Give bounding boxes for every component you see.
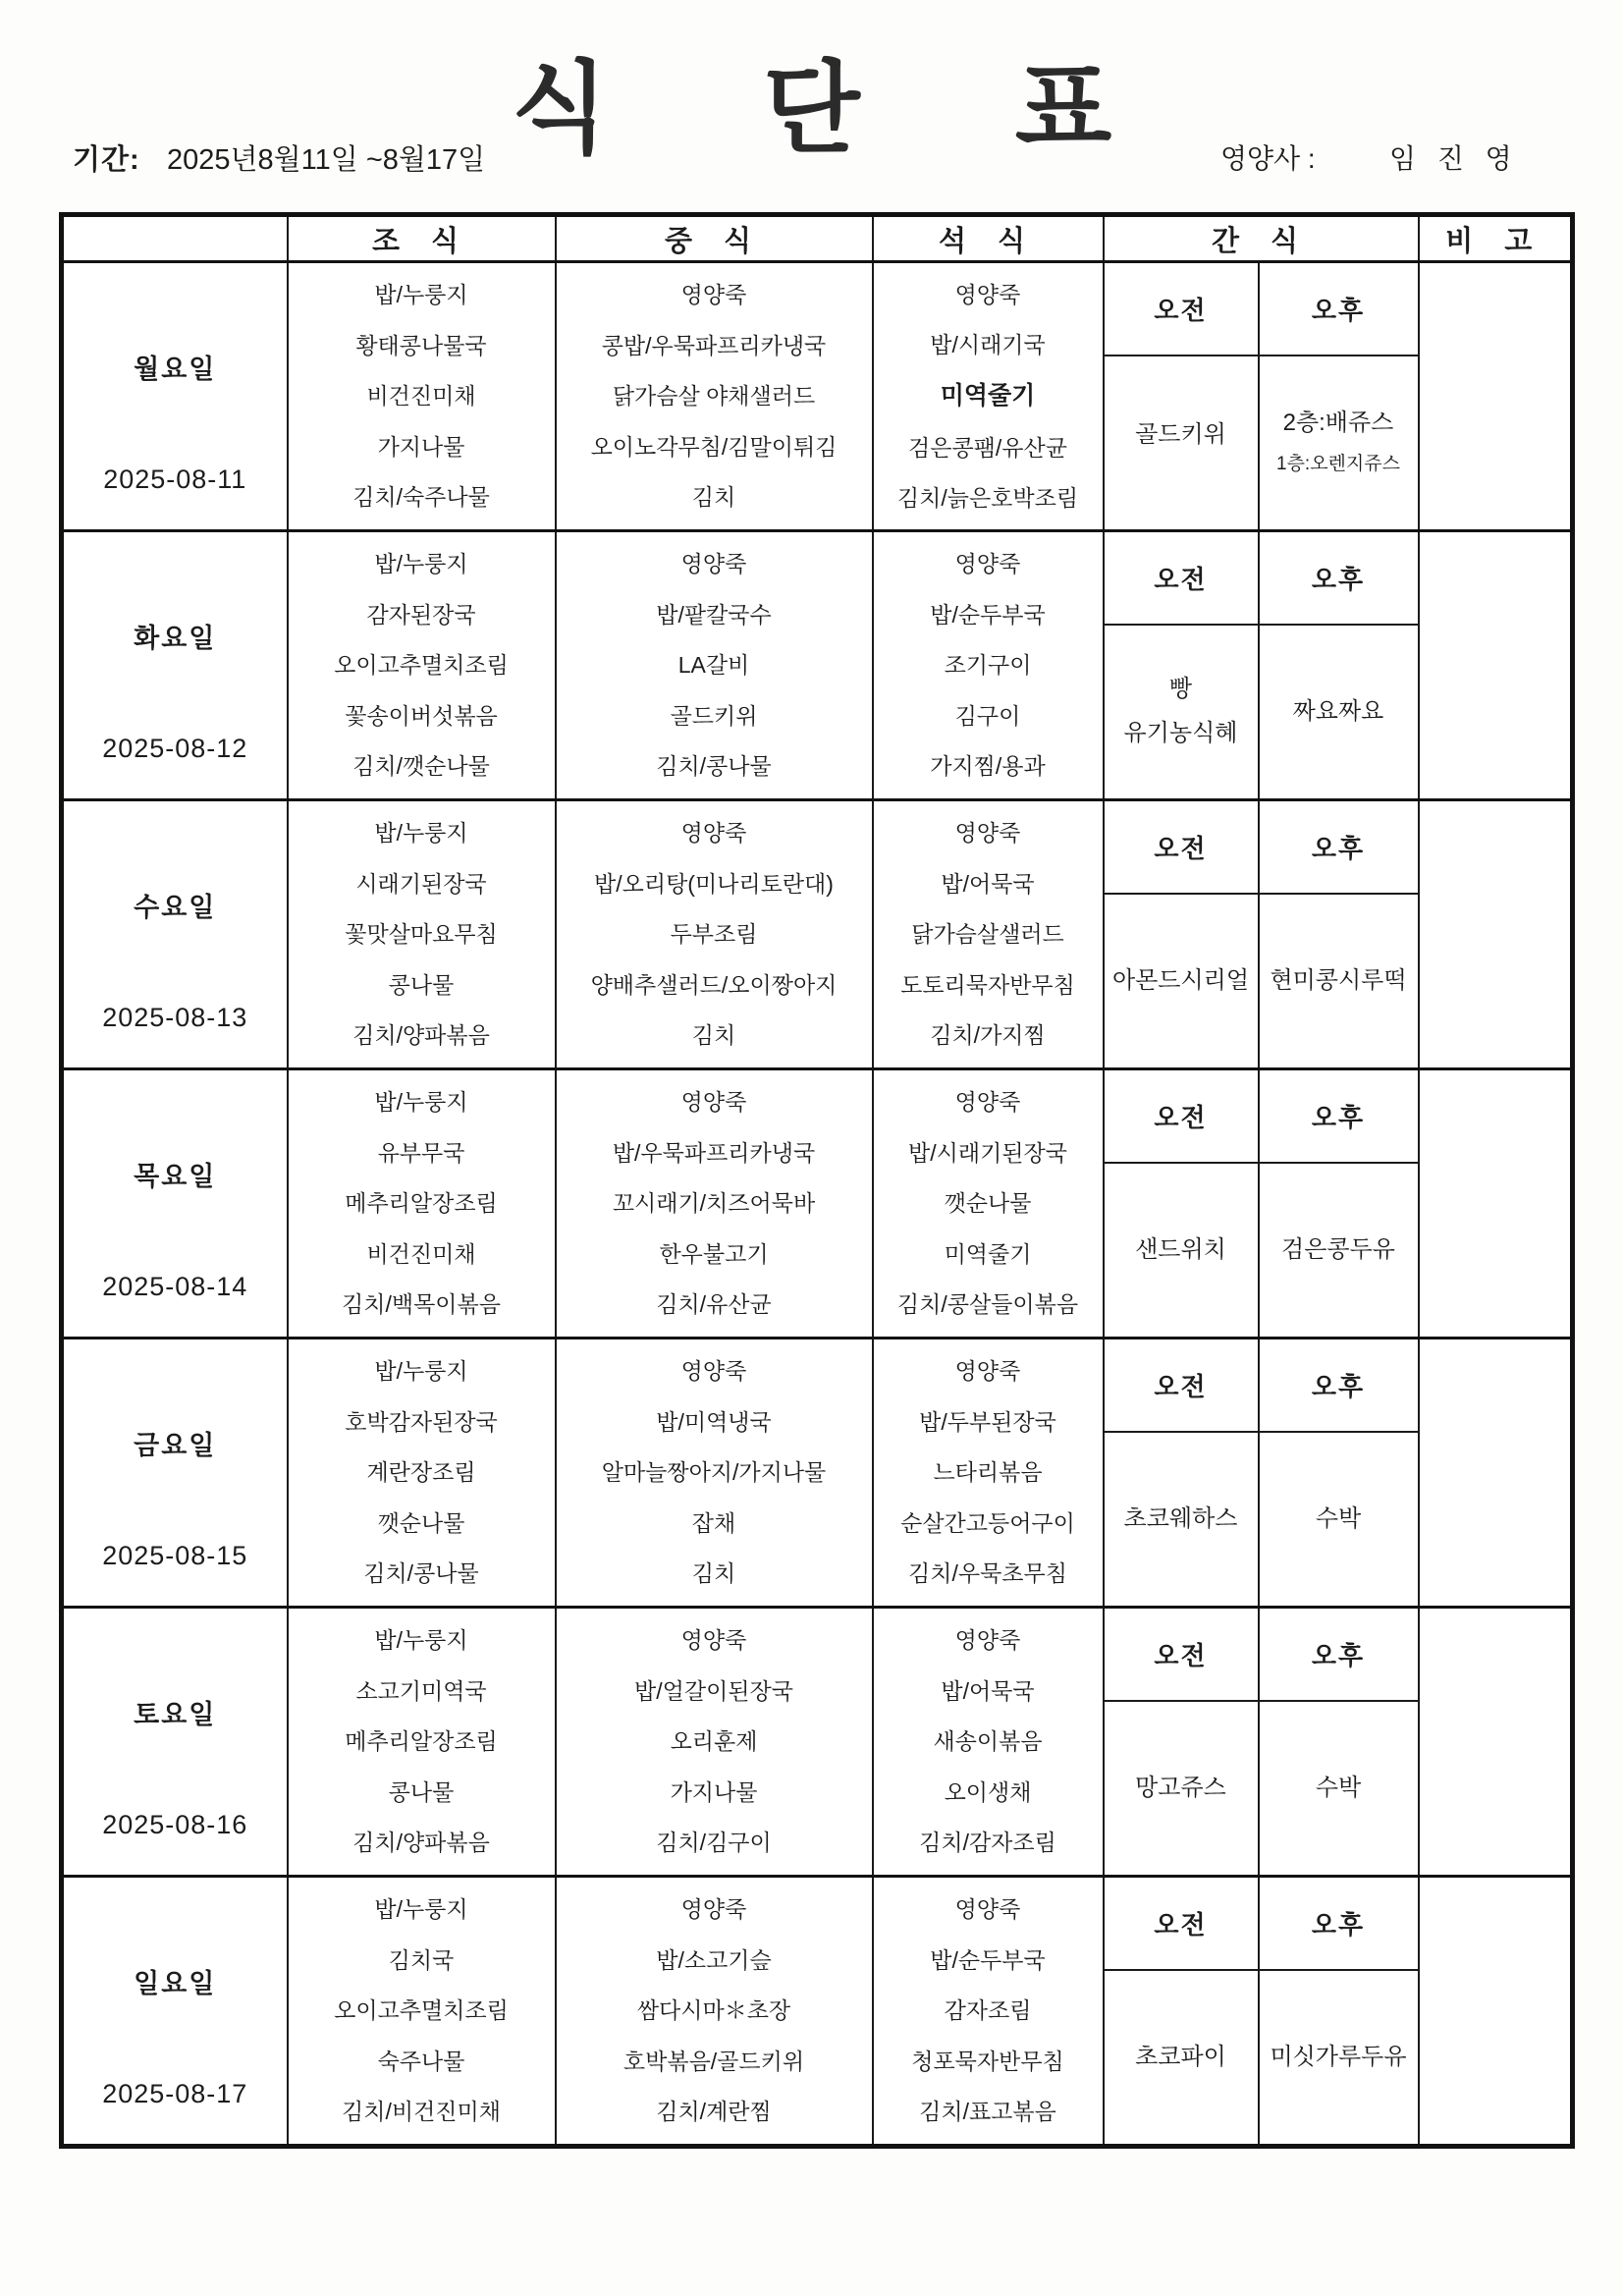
- menu-line: 유부무국: [289, 1140, 555, 1166]
- menu-line: 오이노각무침/김말이튀김: [557, 434, 872, 460]
- menu-line: 영양죽: [874, 1089, 1103, 1115]
- menu-line: 밥/오리탕(미나리토란대): [557, 871, 872, 897]
- menu-line: 오이생채: [874, 1779, 1103, 1805]
- note-cell: [1419, 800, 1573, 1069]
- dinner-cell: 영양죽 밥/어묵국 새송이볶음 오이생채 김치/감자조림: [873, 1608, 1104, 1877]
- dinner-cell: 영양죽 밥/순두부국 감자조림 청포묵자반무침 김치/표고볶음: [873, 1877, 1104, 2147]
- menu-line: 메추리알장조림: [289, 1190, 555, 1216]
- snack-item: 검은콩두유: [1281, 1236, 1395, 1265]
- menu-line: 김치국: [289, 1947, 555, 1973]
- snack-am-cell: 초코파이: [1104, 1970, 1259, 2147]
- snack-item: 짜요짜요: [1293, 698, 1384, 727]
- col-header-snack: 간 식: [1104, 215, 1419, 262]
- menu-line: 콩나물: [289, 972, 555, 998]
- snack-pm-header: 오후: [1259, 800, 1419, 895]
- snack-pm-cell: 현미콩시루떡: [1259, 894, 1419, 1069]
- snack-item: 2층:배쥬스: [1283, 410, 1394, 438]
- menu-line: 조기구이: [874, 652, 1103, 678]
- breakfast-cell: 밥/누룽지 김치국 오이고추멸치조림 숙주나물 김치/비건진미채: [288, 1877, 556, 2147]
- day-date: 2025-08-12: [64, 734, 287, 764]
- table-row-wednesday: 수요일 2025-08-13 밥/누룽지 시래기된장국 꽃맛살마요무침 콩나물 …: [62, 800, 1573, 895]
- menu-line: 김치/콩나물: [557, 753, 872, 779]
- menu-line: 영양죽: [557, 820, 872, 846]
- menu-line: 꽃송이버섯볶음: [289, 703, 555, 729]
- menu-line: 김치: [557, 1022, 872, 1048]
- menu-line: 가지나물: [289, 434, 555, 460]
- col-header-breakfast: 조 식: [288, 215, 556, 262]
- menu-line: 미역줄기: [874, 1241, 1103, 1267]
- menu-line: 김치/숙주나물: [289, 484, 555, 510]
- menu-line: 영양죽: [874, 820, 1103, 846]
- menu-line: 김치/백목이볶음: [289, 1291, 555, 1317]
- menu-line: 검은콩팸/유산균: [874, 435, 1103, 461]
- snack-am-header: 오전: [1104, 1608, 1259, 1702]
- menu-line: 밥/누룽지: [289, 1358, 555, 1384]
- snack-pm-cell: 미싯가루두유: [1259, 1970, 1419, 2147]
- menu-line: 깻순나물: [289, 1510, 555, 1536]
- snack-am-header: 오전: [1104, 1339, 1259, 1433]
- lunch-cell: 영양죽 밥/팥칼국수 LA갈비 골드키위 김치/콩나물: [556, 531, 873, 800]
- menu-line: 잡채: [557, 1510, 872, 1536]
- day-name: 수요일: [64, 886, 287, 924]
- menu-line: 감자된장국: [289, 602, 555, 628]
- snack-item: 초코웨하스: [1124, 1505, 1238, 1534]
- day-name: 일요일: [64, 1962, 287, 2000]
- snack-am-cell: 골드키위: [1104, 355, 1259, 531]
- snack-item: 현미콩시루떡: [1270, 967, 1406, 996]
- note-cell: [1419, 1877, 1573, 2147]
- menu-line: 두부조림: [557, 921, 872, 947]
- dinner-cell: 영양죽 밥/시래기국 미역줄기 검은콩팸/유산균 김치/늙은호박조림: [873, 262, 1104, 531]
- menu-line: 영양죽: [557, 1627, 872, 1653]
- lunch-cell: 영양죽 밥/미역냉국 알마늘짱아지/가지나물 잡채 김치: [556, 1339, 873, 1608]
- col-header-note: 비 고: [1419, 215, 1573, 262]
- snack-item: 망고쥬스: [1135, 1775, 1226, 1803]
- menu-line: 영양죽: [557, 282, 872, 307]
- dinner-cell: 영양죽 밥/두부된장국 느타리볶음 순살간고등어구이 김치/우묵초무침: [873, 1339, 1104, 1608]
- menu-line: 양배추샐러드/오이짱아지: [557, 972, 872, 998]
- menu-line: 메추리알장조림: [289, 1728, 555, 1754]
- menu-line: 영양죽: [874, 282, 1103, 307]
- snack-pm-header: 오후: [1259, 1608, 1419, 1702]
- menu-line: 느타리볶음: [874, 1459, 1103, 1485]
- day-name: 금요일: [64, 1424, 287, 1462]
- snack-am-cell: 아몬드시리얼: [1104, 894, 1259, 1069]
- day-cell: 수요일 2025-08-13: [62, 800, 288, 1069]
- lunch-cell: 영양죽 밥/얼갈이된장국 오리훈제 가지나물 김치/김구이: [556, 1608, 873, 1877]
- table-row-sunday: 일요일 2025-08-17 밥/누룽지 김치국 오이고추멸치조림 숙주나물 김…: [62, 1877, 1573, 1971]
- menu-line: 김치/김구이: [557, 1830, 872, 1855]
- dietitian-name: 임 진 영: [1389, 137, 1519, 177]
- menu-line: 청포묵자반무침: [874, 2049, 1103, 2074]
- snack-item: 초코파이: [1135, 2044, 1226, 2072]
- menu-line: 밥/얼갈이된장국: [557, 1678, 872, 1704]
- menu-line: 김치/감자조림: [874, 1830, 1103, 1855]
- day-cell: 금요일 2025-08-15: [62, 1339, 288, 1608]
- snack-am-cell: 초코웨하스: [1104, 1432, 1259, 1608]
- lunch-cell: 영양죽 콩밥/우묵파프리카냉국 닭가슴살 야채샐러드 오이노각무침/김말이튀김 …: [556, 262, 873, 531]
- menu-line: 김치/비건진미채: [289, 2099, 555, 2124]
- menu-line: 밥/팥칼국수: [557, 602, 872, 628]
- menu-line: 밥/소고기슾: [557, 1947, 872, 1973]
- menu-line: 영양죽: [557, 1358, 872, 1384]
- menu-line: 밥/누룽지: [289, 551, 555, 576]
- snack-am-cell: 빵 유기농식혜: [1104, 625, 1259, 800]
- menu-line: 영양죽: [557, 551, 872, 576]
- period-value: 2025년8월11일 ~8월17일: [167, 137, 485, 178]
- menu-line: 영양죽: [557, 1896, 872, 1922]
- snack-item: 아몬드시리얼: [1112, 967, 1249, 996]
- menu-line: 밥/누룽지: [289, 1627, 555, 1653]
- snack-item: 골드키위: [1135, 421, 1226, 450]
- day-cell: 목요일 2025-08-14: [62, 1069, 288, 1339]
- menu-line: 밥/어묵국: [874, 1678, 1103, 1704]
- menu-line: 밥/순두부국: [874, 602, 1103, 628]
- menu-line: 순살간고등어구이: [874, 1510, 1103, 1536]
- day-cell: 토요일 2025-08-16: [62, 1608, 288, 1877]
- menu-line: 밥/누룽지: [289, 1896, 555, 1922]
- col-header-lunch: 중 식: [556, 215, 873, 262]
- snack-pm-cell: 2층:배쥬스 1층:오렌지쥬스: [1259, 355, 1419, 531]
- menu-line: 영양죽: [874, 1896, 1103, 1922]
- menu-line: 깻순나물: [874, 1190, 1103, 1216]
- menu-line: 황태콩나물국: [289, 333, 555, 358]
- menu-line: 밥/누룽지: [289, 1089, 555, 1115]
- snack-am-cell: 샌드위치: [1104, 1163, 1259, 1339]
- header-row: 조 식 중 식 석 식 간 식 비 고: [62, 215, 1573, 262]
- snack-pm-header: 오후: [1259, 1069, 1419, 1164]
- lunch-cell: 영양죽 밥/소고기슾 쌈다시마＊초장 호박볶음/골드키위 김치/계란찜: [556, 1877, 873, 2147]
- breakfast-cell: 밥/누룽지 유부무국 메추리알장조림 비건진미채 김치/백목이볶음: [288, 1069, 556, 1339]
- menu-line: 골드키위: [557, 703, 872, 729]
- menu-line: 김치/양파볶음: [289, 1022, 555, 1048]
- snack-am-header: 오전: [1104, 1877, 1259, 1971]
- day-date: 2025-08-15: [64, 1541, 287, 1571]
- dinner-cell: 영양죽 밥/어묵국 닭가슴살샐러드 도토리묵자반무침 김치/가지찜: [873, 800, 1104, 1069]
- note-cell: [1419, 531, 1573, 800]
- day-name: 목요일: [64, 1155, 287, 1193]
- table-row-monday: 월요일 2025-08-11 밥/누룽지 황태콩나물국 비건진미채 가지나물 김…: [62, 262, 1573, 356]
- menu-line: 김치/가지찜: [874, 1022, 1103, 1048]
- menu-line: 김치/깻순나물: [289, 753, 555, 779]
- breakfast-cell: 밥/누룽지 호박감자된장국 계란장조림 깻순나물 김치/콩나물: [288, 1339, 556, 1608]
- table-row-friday: 금요일 2025-08-15 밥/누룽지 호박감자된장국 계란장조림 깻순나물 …: [62, 1339, 1573, 1433]
- menu-line: 영양죽: [874, 1358, 1103, 1384]
- menu-line: 감자조림: [874, 1997, 1103, 2023]
- menu-line: 쌈다시마＊초장: [557, 1997, 872, 2023]
- table-row-tuesday: 화요일 2025-08-12 밥/누룽지 감자된장국 오이고추멸치조림 꽃송이버…: [62, 531, 1573, 626]
- snack-item: 샌드위치: [1135, 1236, 1226, 1265]
- dinner-cell: 영양죽 밥/시래기된장국 깻순나물 미역줄기 김치/콩살들이볶음: [873, 1069, 1104, 1339]
- dietitian-label: 영양사 :: [1220, 137, 1316, 177]
- snack-item: 1층:오렌지쥬스: [1276, 454, 1400, 476]
- menu-line: 오이고추멸치조림: [289, 652, 555, 678]
- menu-line: 영양죽: [874, 1627, 1103, 1653]
- note-cell: [1419, 1608, 1573, 1877]
- menu-line: 김구이: [874, 703, 1103, 729]
- snack-item: 수박: [1316, 1775, 1361, 1803]
- day-date: 2025-08-17: [64, 2079, 287, 2109]
- menu-line: 영양죽: [874, 551, 1103, 576]
- lunch-cell: 영양죽 밥/우묵파프리카냉국 꼬시래기/치즈어묵바 한우불고기 김치/유산균: [556, 1069, 873, 1339]
- menu-line: 도토리묵자반무침: [874, 972, 1103, 998]
- col-header-dinner: 석 식: [873, 215, 1104, 262]
- menu-line: 꼬시래기/치즈어묵바: [557, 1190, 872, 1216]
- menu-line: 새송이볶음: [874, 1728, 1103, 1754]
- menu-line: 밥/우묵파프리카냉국: [557, 1140, 872, 1166]
- snack-item: 미싯가루두유: [1270, 2044, 1406, 2072]
- menu-line: 호박감자된장국: [289, 1409, 555, 1435]
- meal-plan-table: 조 식 중 식 석 식 간 식 비 고 월요일 2025-08-11 밥/누룽지…: [59, 212, 1575, 2149]
- day-cell: 화요일 2025-08-12: [62, 531, 288, 800]
- menu-line: 오이고추멸치조림: [289, 1997, 555, 2023]
- snack-am-cell: 망고쥬스: [1104, 1701, 1259, 1877]
- day-name: 월요일: [64, 348, 287, 386]
- menu-line: 가지나물: [557, 1779, 872, 1805]
- menu-line: 김치: [557, 1560, 872, 1586]
- day-date: 2025-08-16: [64, 1810, 287, 1840]
- menu-line-emphasized: 미역줄기: [874, 382, 1103, 410]
- menu-line: 김치/콩나물: [289, 1560, 555, 1586]
- menu-line: 꽃맛살마요무침: [289, 921, 555, 947]
- table-row-saturday: 토요일 2025-08-16 밥/누룽지 소고기미역국 메추리알장조림 콩나물 …: [62, 1608, 1573, 1702]
- menu-line: 닭가슴살 야채샐러드: [557, 383, 872, 409]
- menu-line: 비건진미채: [289, 383, 555, 409]
- menu-line: 비건진미채: [289, 1241, 555, 1267]
- menu-line: 알마늘짱아지/가지나물: [557, 1459, 872, 1485]
- menu-line: 밥/두부된장국: [874, 1409, 1103, 1435]
- day-date: 2025-08-14: [64, 1272, 287, 1302]
- snack-pm-cell: 수박: [1259, 1701, 1419, 1877]
- breakfast-cell: 밥/누룽지 시래기된장국 꽃맛살마요무침 콩나물 김치/양파볶음: [288, 800, 556, 1069]
- menu-line: 밥/시래기된장국: [874, 1140, 1103, 1166]
- snack-am-header: 오전: [1104, 1069, 1259, 1164]
- menu-line: 한우불고기: [557, 1241, 872, 1267]
- menu-line: 밥/어묵국: [874, 871, 1103, 897]
- menu-line: 오리훈제: [557, 1728, 872, 1754]
- menu-line: 밥/누룽지: [289, 820, 555, 846]
- note-cell: [1419, 262, 1573, 531]
- menu-line: 숙주나물: [289, 2049, 555, 2074]
- menu-line: 김치/콩살들이볶음: [874, 1291, 1103, 1317]
- corner-cell: [62, 215, 288, 262]
- menu-line: 밥/미역냉국: [557, 1409, 872, 1435]
- breakfast-cell: 밥/누룽지 감자된장국 오이고추멸치조림 꽃송이버섯볶음 김치/깻순나물: [288, 531, 556, 800]
- menu-line: 밥/누룽지: [289, 282, 555, 307]
- meal-plan-document: 식단표 기간: 2025년8월11일 ~8월17일 영양사 : 임 진 영 조 …: [0, 0, 1623, 2296]
- snack-pm-cell: 수박: [1259, 1432, 1419, 1608]
- menu-line: 호박볶음/골드키위: [557, 2049, 872, 2074]
- snack-pm-cell: 짜요짜요: [1259, 625, 1419, 800]
- snack-pm-cell: 검은콩두유: [1259, 1163, 1419, 1339]
- menu-line: 김치/표고볶음: [874, 2099, 1103, 2124]
- lunch-cell: 영양죽 밥/오리탕(미나리토란대) 두부조림 양배추샐러드/오이짱아지 김치: [556, 800, 873, 1069]
- menu-line: 닭가슴살샐러드: [874, 921, 1103, 947]
- snack-am-header: 오전: [1104, 262, 1259, 356]
- snack-item: 유기농식혜: [1124, 720, 1238, 748]
- snack-am-header: 오전: [1104, 531, 1259, 626]
- menu-line: 밥/시래기국: [874, 332, 1103, 357]
- day-cell: 월요일 2025-08-11: [62, 262, 288, 531]
- menu-line: 김치/늙은호박조림: [874, 485, 1103, 511]
- menu-line: 콩나물: [289, 1779, 555, 1805]
- table-row-thursday: 목요일 2025-08-14 밥/누룽지 유부무국 메추리알장조림 비건진미채 …: [62, 1069, 1573, 1164]
- menu-line: 시래기된장국: [289, 871, 555, 897]
- breakfast-cell: 밥/누룽지 황태콩나물국 비건진미채 가지나물 김치/숙주나물: [288, 262, 556, 531]
- menu-line: 김치/우묵초무침: [874, 1560, 1103, 1586]
- day-date: 2025-08-13: [64, 1003, 287, 1033]
- menu-line: 영양죽: [557, 1089, 872, 1115]
- menu-line: 계란장조림: [289, 1459, 555, 1485]
- snack-pm-header: 오후: [1259, 531, 1419, 626]
- menu-line: 밥/순두부국: [874, 1947, 1103, 1973]
- meta-line: 기간: 2025년8월11일 ~8월17일 영양사 : 임 진 영: [0, 137, 1623, 177]
- day-date: 2025-08-11: [64, 465, 287, 495]
- menu-line: 콩밥/우묵파프리카냉국: [557, 333, 872, 358]
- snack-pm-header: 오후: [1259, 262, 1419, 356]
- snack-pm-header: 오후: [1259, 1877, 1419, 1971]
- snack-am-header: 오전: [1104, 800, 1259, 895]
- note-cell: [1419, 1069, 1573, 1339]
- day-name: 토요일: [64, 1693, 287, 1731]
- snack-item: 수박: [1316, 1505, 1361, 1534]
- day-name: 화요일: [64, 617, 287, 655]
- note-cell: [1419, 1339, 1573, 1608]
- menu-line: 김치/유산균: [557, 1291, 872, 1317]
- period-label: 기간:: [73, 137, 140, 178]
- menu-line: 김치/계란찜: [557, 2099, 872, 2124]
- menu-line: 가지찜/용과: [874, 753, 1103, 779]
- menu-line: 김치: [557, 484, 872, 510]
- snack-pm-header: 오후: [1259, 1339, 1419, 1433]
- dinner-cell: 영양죽 밥/순두부국 조기구이 김구이 가지찜/용과: [873, 531, 1104, 800]
- day-cell: 일요일 2025-08-17: [62, 1877, 288, 2147]
- menu-line: LA갈비: [557, 652, 872, 678]
- snack-item: 빵: [1169, 676, 1192, 704]
- menu-line: 김치/양파볶음: [289, 1830, 555, 1855]
- menu-line: 소고기미역국: [289, 1678, 555, 1704]
- breakfast-cell: 밥/누룽지 소고기미역국 메추리알장조림 콩나물 김치/양파볶음: [288, 1608, 556, 1877]
